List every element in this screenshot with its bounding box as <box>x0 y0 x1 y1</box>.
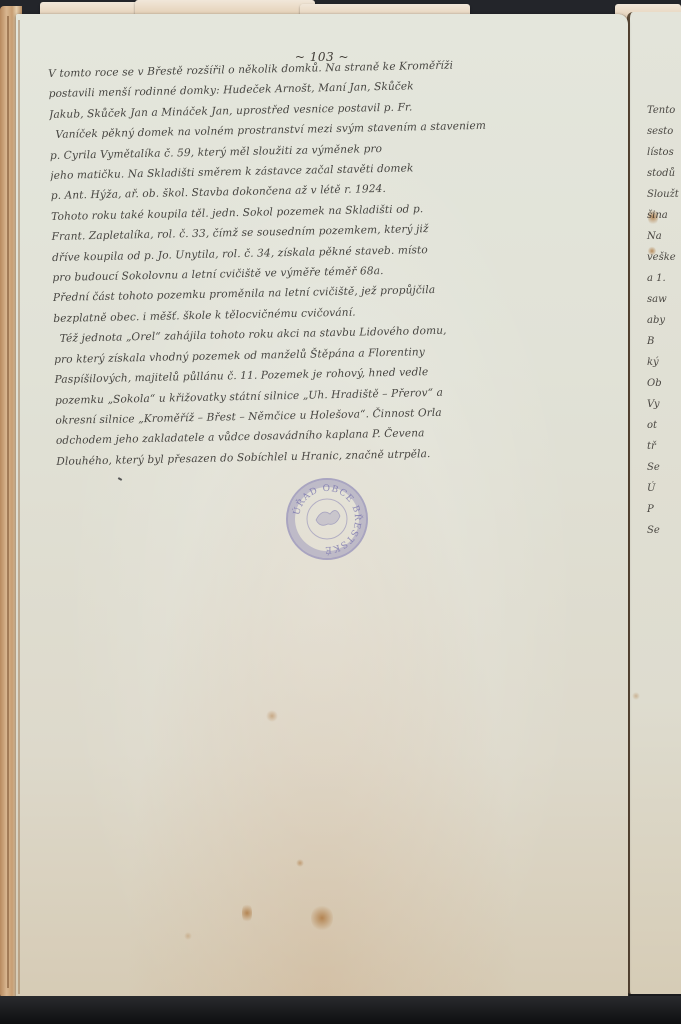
text-line: tř <box>647 436 679 457</box>
text-line: Na <box>647 226 679 247</box>
foxing-stain <box>266 710 278 722</box>
foxing-stain <box>311 904 333 932</box>
text-line: Ob <box>647 373 679 394</box>
foxing-stain <box>296 859 304 867</box>
municipal-stamp: ÚŘAD OBCE BŘESTSKÉ <box>286 478 368 560</box>
foxing-stain <box>184 932 192 940</box>
right-page-text: Tento sesto lístos stodů Sloužt šina Na … <box>647 100 679 541</box>
text-line: ot <box>647 415 679 436</box>
table-surface <box>0 996 681 1024</box>
book-photograph: ~ 103 ~ ÚŘAD OBCE BŘESTSKÉ V tomto roce … <box>0 0 681 1024</box>
text-line: a 1. <box>647 268 679 289</box>
text-line: ký <box>647 352 679 373</box>
text-line: Se <box>647 520 679 541</box>
text-line: stodů <box>647 163 679 184</box>
text-line: veške <box>647 247 679 268</box>
handwritten-text-block: V tomto roce se v Břestě rozšířil o něko… <box>48 53 596 472</box>
text-line: P <box>647 499 679 520</box>
text-line: saw <box>647 289 679 310</box>
text-line: Vy <box>647 394 679 415</box>
text-line: Tento <box>647 100 679 121</box>
text-line: šina <box>647 205 679 226</box>
text-line: Se <box>647 457 679 478</box>
text-line: Ú <box>647 478 679 499</box>
text-line: B <box>647 331 679 352</box>
foxing-stain <box>632 692 640 700</box>
text-line: Sloužt <box>647 184 679 205</box>
text-line: aby <box>647 310 679 331</box>
text-line: lístos <box>647 142 679 163</box>
text-line: sesto <box>647 121 679 142</box>
foxing-stain <box>242 902 252 924</box>
stamp-seal-icon: ÚŘAD OBCE BŘESTSKÉ <box>288 480 366 558</box>
